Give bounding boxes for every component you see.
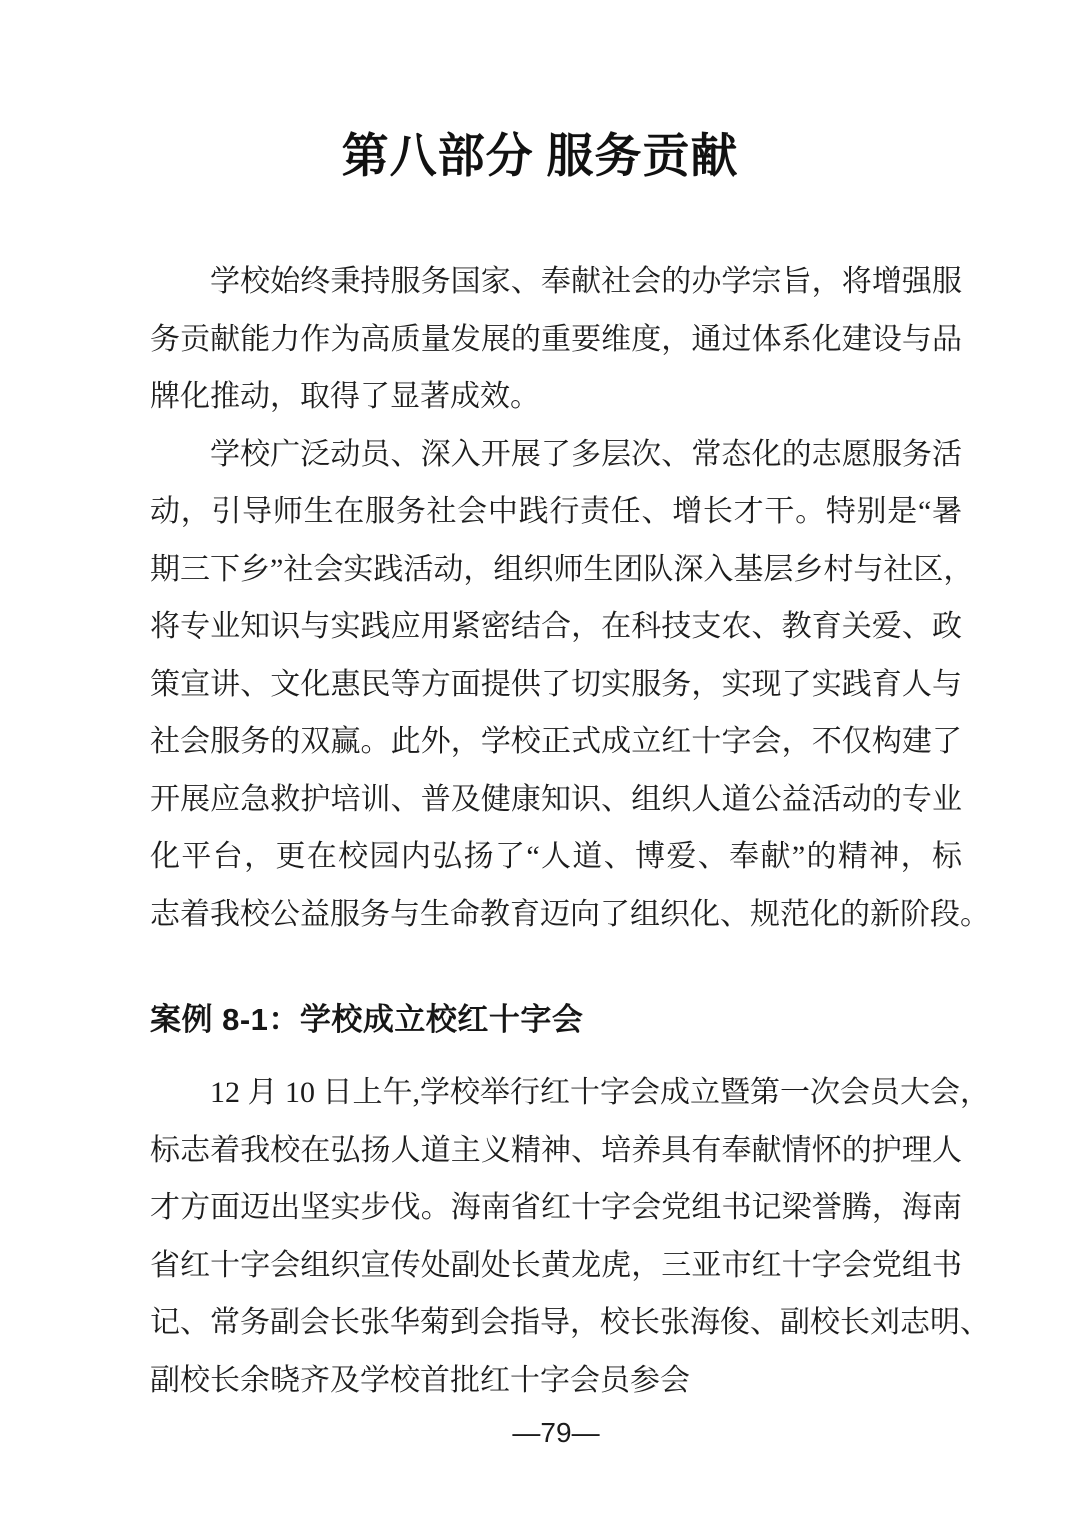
paragraph-line: 12 月 10 日上午,学校举行红十字会成立暨第一次会员大会，	[150, 1064, 962, 1122]
paragraph-line: 才方面迈出坚实步伐。海南省红十字会党组书记梁誉腾，海南	[150, 1179, 962, 1237]
paragraph-line: 标志着我校在弘扬人道主义精神、培养具有奉献情怀的护理人	[150, 1122, 962, 1180]
paragraph-line: 动，引导师生在服务社会中践行责任、增长才干。特别是“暑	[150, 483, 962, 541]
document-page: 第八部分 服务贡献 学校始终秉持服务国家、奉献社会的办学宗旨，将增强服 务贡献能…	[0, 0, 1080, 1527]
paragraph-line: 副校长余晓齐及学校首批红十字会员参会	[150, 1352, 962, 1410]
paragraph-1: 学校始终秉持服务国家、奉献社会的办学宗旨，将增强服 务贡献能力作为高质量发展的重…	[150, 253, 962, 426]
page-number: —79—	[150, 1418, 962, 1448]
case-paragraph: 12 月 10 日上午,学校举行红十字会成立暨第一次会员大会， 标志着我校在弘扬…	[150, 1064, 962, 1409]
paragraph-line: 务贡献能力作为高质量发展的重要维度，通过体系化建设与品	[150, 311, 962, 369]
paragraph-line: 学校始终秉持服务国家、奉献社会的办学宗旨，将增强服	[150, 253, 962, 311]
paragraph-2: 学校广泛动员、深入开展了多层次、常态化的志愿服务活 动，引导师生在服务社会中践行…	[150, 426, 962, 944]
document-title: 第八部分 服务贡献	[0, 0, 1080, 186]
case-heading: 案例 8-1：学校成立校红十字会	[150, 998, 962, 1042]
paragraph-line: 志着我校公益服务与生命教育迈向了组织化、规范化的新阶段。	[150, 886, 962, 944]
paragraph-line: 社会服务的双赢。此外，学校正式成立红十字会，不仅构建了	[150, 713, 962, 771]
paragraph-line: 记、常务副会长张华菊到会指导，校长张海俊、副校长刘志明、	[150, 1294, 962, 1352]
paragraph-line: 学校广泛动员、深入开展了多层次、常态化的志愿服务活	[150, 426, 962, 484]
paragraph-line: 牌化推动，取得了显著成效。	[150, 368, 962, 426]
paragraph-line: 化平台，更在校园内弘扬了“人道、博爱、奉献”的精神，标	[150, 828, 962, 886]
paragraph-line: 将专业知识与实践应用紧密结合，在科技支农、教育关爱、政	[150, 598, 962, 656]
paragraph-line: 省红十字会组织宣传处副处长黄龙虎，三亚市红十字会党组书	[150, 1237, 962, 1295]
document-content: 学校始终秉持服务国家、奉献社会的办学宗旨，将增强服 务贡献能力作为高质量发展的重…	[150, 253, 962, 1448]
paragraph-line: 策宣讲、文化惠民等方面提供了切实服务，实现了实践育人与	[150, 656, 962, 714]
body-text: 学校始终秉持服务国家、奉献社会的办学宗旨，将增强服 务贡献能力作为高质量发展的重…	[150, 253, 962, 1448]
paragraph-line: 开展应急救护培训、普及健康知识、组织人道公益活动的专业	[150, 771, 962, 829]
paragraph-line: 期三下乡”社会实践活动，组织师生团队深入基层乡村与社区，	[150, 541, 962, 599]
